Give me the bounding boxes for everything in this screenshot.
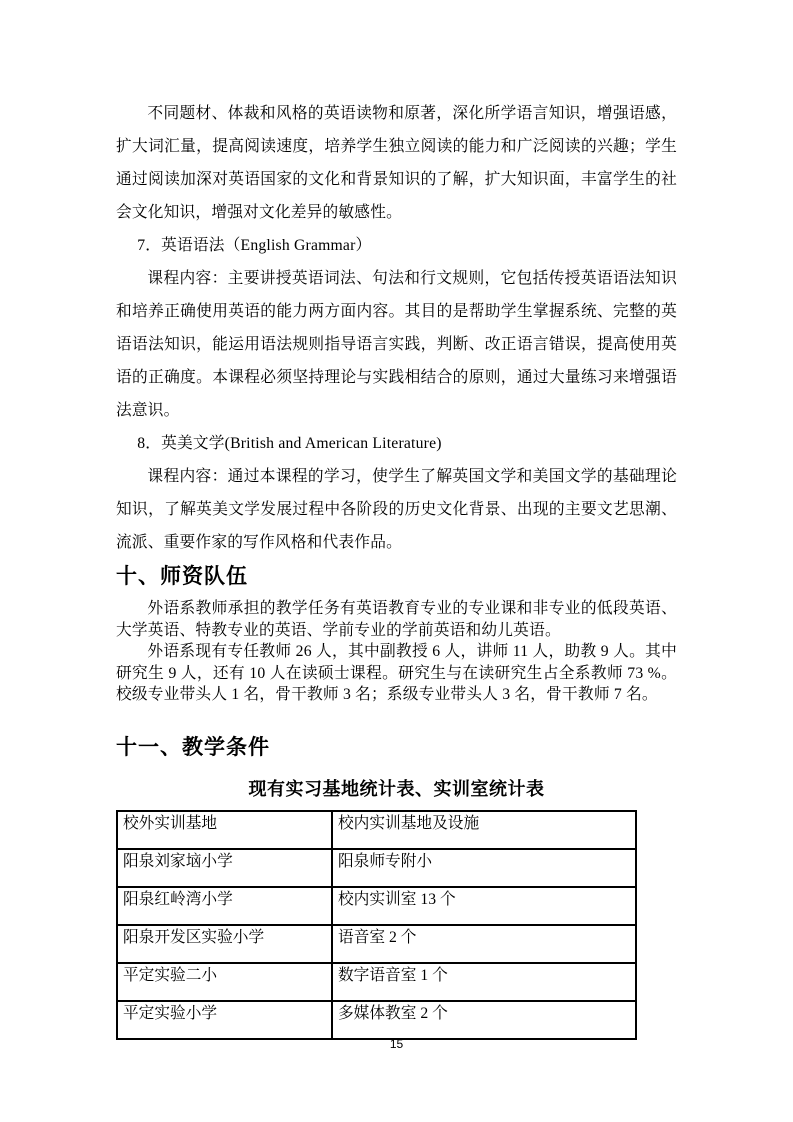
table-title: 现有实习基地统计表、实训室统计表	[116, 777, 677, 801]
table-cell: 阳泉刘家垴小学	[117, 849, 332, 887]
table-row: 阳泉刘家垴小学 阳泉师专附小	[117, 849, 636, 887]
page-content: 不同题材、体裁和风格的英语读物和原著，深化所学语言知识，增强语感，扩大词汇量，提…	[116, 97, 677, 1040]
table-row: 阳泉红岭湾小学 校内实训室 13 个	[117, 887, 636, 925]
table-cell: 平定实验二小	[117, 963, 332, 1001]
table-row: 阳泉开发区实验小学 语音室 2 个	[117, 925, 636, 963]
course-7-heading: 7．英语语法（English Grammar）	[116, 229, 677, 262]
table-row: 校外实训基地 校内实训基地及设施	[117, 811, 636, 849]
table-cell: 数字语音室 1 个	[332, 963, 636, 1001]
table-cell: 阳泉红岭湾小学	[117, 887, 332, 925]
faculty-paragraph-1: 外语系教师承担的教学任务有英语教育专业的专业课和非专业的低段英语、大学英语、特教…	[116, 598, 677, 641]
table-cell: 语音室 2 个	[332, 925, 636, 963]
training-base-table: 校外实训基地 校内实训基地及设施 阳泉刘家垴小学 阳泉师专附小 阳泉红岭湾小学 …	[116, 810, 637, 1040]
course-7-description: 课程内容：主要讲授英语词法、句法和行文规则，它包括传授英语语法知识和培养正确使用…	[116, 262, 677, 427]
faculty-paragraph-2: 外语系现有专任教师 26 人，其中副教授 6 人，讲师 11 人，助教 9 人。…	[116, 641, 677, 706]
table-row: 平定实验二小 数字语音室 1 个	[117, 963, 636, 1001]
table-cell: 阳泉开发区实验小学	[117, 925, 332, 963]
table-cell: 多媒体教室 2 个	[332, 1001, 636, 1039]
section-11-heading: 十一、教学条件	[116, 734, 677, 762]
course-8-heading: 8．英美文学(British and American Literature)	[116, 427, 677, 460]
table-cell: 校外实训基地	[117, 811, 332, 849]
table-cell: 校内实训基地及设施	[332, 811, 636, 849]
table-cell: 平定实验小学	[117, 1001, 332, 1039]
table-cell: 阳泉师专附小	[332, 849, 636, 887]
table-row: 平定实验小学 多媒体教室 2 个	[117, 1001, 636, 1039]
course-8-description: 课程内容：通过本课程的学习，使学生了解英国文学和美国文学的基础理论知识，了解英美…	[116, 460, 677, 559]
table-cell: 校内实训室 13 个	[332, 887, 636, 925]
section-10-heading: 十、师资队伍	[116, 563, 677, 591]
document-page: 不同题材、体裁和风格的英语读物和原著，深化所学语言知识，增强语感，扩大词汇量，提…	[0, 0, 793, 1122]
page-number: 15	[0, 1037, 793, 1051]
reading-course-paragraph: 不同题材、体裁和风格的英语读物和原著，深化所学语言知识，增强语感，扩大词汇量，提…	[116, 97, 677, 229]
